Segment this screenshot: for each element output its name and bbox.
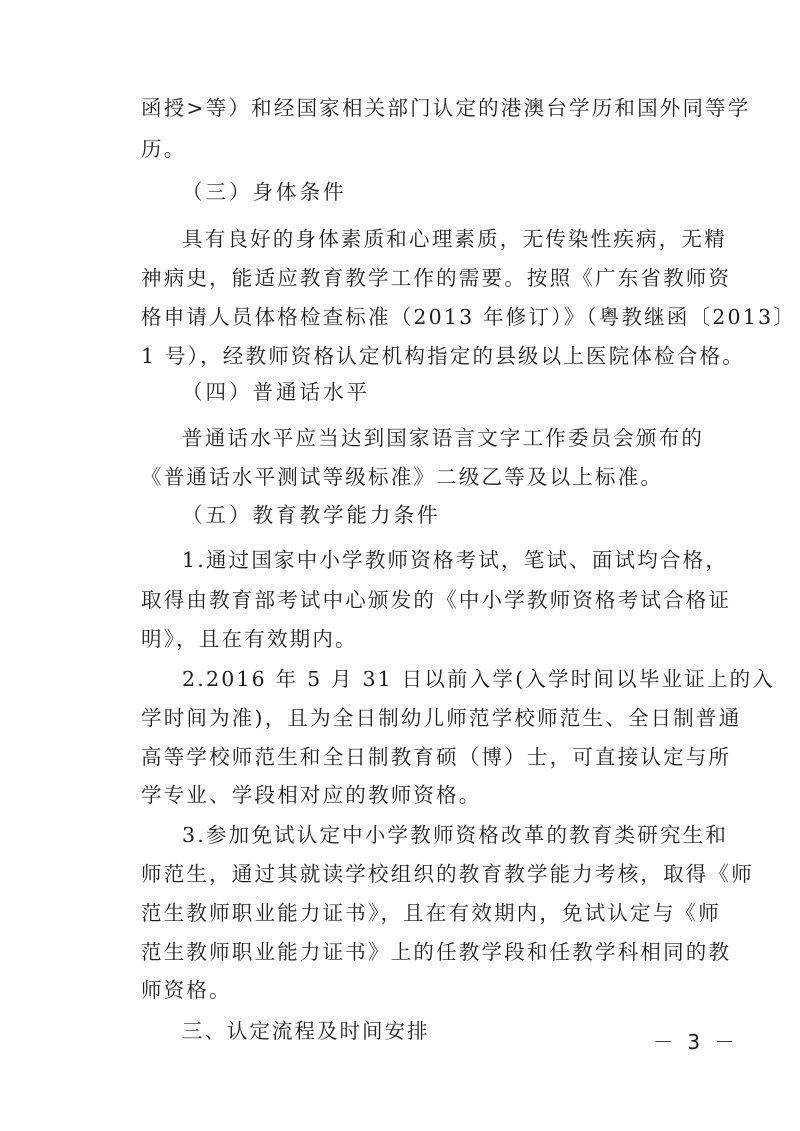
item-3-line-5: 师资格。 bbox=[141, 970, 701, 1010]
section-heading-mandarin-level: （四）普通话水平 bbox=[182, 372, 742, 412]
item-1-line-1: 1.通过国家中小学教师资格考试，笔试、面试均合格， bbox=[182, 540, 742, 580]
paragraph-mandarin-line-1: 普通话水平应当达到国家语言文字工作委员会颁布的 bbox=[182, 418, 742, 458]
item-1-line-3: 明》，且在有效期内。 bbox=[141, 619, 701, 659]
item-2-line-4: 学专业、学段相对应的教师资格。 bbox=[141, 775, 701, 815]
item-3-line-4: 范生教师职业能力证书》上的任教学段和任教学科相同的教 bbox=[141, 932, 701, 972]
item-3-line-1: 3.参加免试认定中小学教师资格改革的教育类研究生和 bbox=[182, 815, 742, 855]
document-page: 函授>等）和经国家相关部门认定的港澳台学历和国外同等学 历。 （三）身体条件 具… bbox=[0, 0, 800, 1131]
item-2-line-2: 学时间为准)，且为全日制幼儿师范学校师范生、全日制普通 bbox=[141, 698, 701, 738]
paragraph-education-continued-line-2: 历。 bbox=[141, 129, 701, 169]
section-heading-physical-conditions: （三）身体条件 bbox=[182, 172, 742, 212]
item-1-line-2: 取得由教育部考试中心颁发的《中小学教师资格考试合格证 bbox=[141, 580, 701, 620]
paragraph-physical-line-1: 具有良好的身体素质和心理素质，无传染性疾病，无精 bbox=[182, 219, 742, 259]
item-3-line-3: 范生教师职业能力证书》，且在有效期内，免试认定与《师 bbox=[141, 893, 701, 933]
paragraph-physical-line-4: 1 号），经教师资格认定机构指定的县级以上医院体检合格。 bbox=[141, 336, 701, 376]
paragraph-physical-line-2: 神病史，能适应教育教学工作的需要。按照《广东省教师资 bbox=[141, 258, 701, 298]
section-heading-teaching-ability: （五）教育教学能力条件 bbox=[182, 495, 742, 535]
item-3-line-2: 师范生，通过其就读学校组织的教育教学能力考核，取得《师 bbox=[141, 854, 701, 894]
paragraph-physical-line-3: 格申请人员体格检查标准（2013 年修订）》（粤教继函〔2013〕 bbox=[141, 297, 701, 337]
page-number: － 3 － bbox=[653, 1026, 738, 1055]
paragraph-mandarin-line-2: 《普通话水平测试等级标准》二级乙等及以上标准。 bbox=[141, 457, 701, 497]
item-2-line-3: 高等学校师范生和全日制教育硕（博）士，可直接认定与所 bbox=[141, 737, 701, 777]
paragraph-education-continued-line-1: 函授>等）和经国家相关部门认定的港澳台学历和国外同等学 bbox=[141, 88, 701, 128]
item-2-line-1: 2.2016 年 5 月 31 日以前入学(入学时间以毕业证上的入 bbox=[182, 659, 742, 699]
